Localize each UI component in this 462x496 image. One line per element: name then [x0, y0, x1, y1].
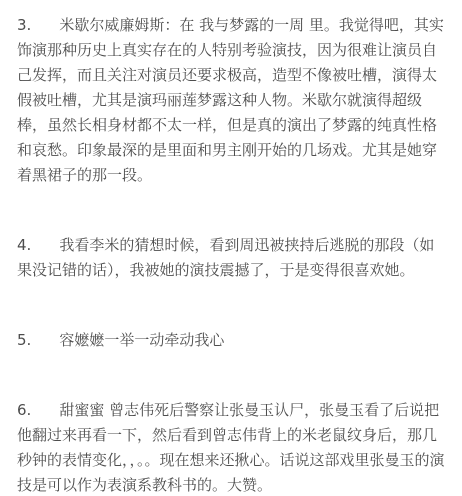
- number-text-gap: [31, 29, 59, 30]
- number-text-gap: [31, 249, 59, 250]
- number-text-gap: [31, 414, 59, 415]
- list-item: 6.甜蜜蜜 曾志伟死后警察让张曼玉认尸，张曼玉看了后说把他翻过来再看一下，然后看…: [17, 398, 449, 496]
- number-text-gap: [31, 344, 59, 345]
- item-text: 米歇尔威廉姆斯：在 我与梦露的一周 里。我觉得吧，其实饰演那种历史上真实存在的人…: [17, 16, 444, 184]
- list-item: 3.米歇尔威廉姆斯：在 我与梦露的一周 里。我觉得吧，其实饰演那种历史上真实存在…: [17, 13, 449, 188]
- item-number: 5.: [17, 331, 31, 349]
- item-text: 甜蜜蜜 曾志伟死后警察让张曼玉认尸，张曼玉看了后说把他翻过来再看一下，然后看到曾…: [17, 401, 445, 494]
- list-item: 5.容嬷嬷一举一动牵动我心: [17, 328, 449, 353]
- item-number: 4.: [17, 236, 31, 254]
- list-item: 4.我看李米的猜想时候，看到周迅被挟持后逃脱的那段（如果没记错的话），我被她的演…: [17, 233, 449, 283]
- item-number: 3.: [17, 16, 31, 34]
- item-number: 6.: [17, 401, 31, 419]
- item-text: 我看李米的猜想时候，看到周迅被挟持后逃脱的那段（如果没记错的话），我被她的演技震…: [17, 236, 434, 279]
- item-text: 容嬷嬷一举一动牵动我心: [59, 331, 224, 349]
- text-page: 3.米歇尔威廉姆斯：在 我与梦露的一周 里。我觉得吧，其实饰演那种历史上真实存在…: [0, 0, 462, 496]
